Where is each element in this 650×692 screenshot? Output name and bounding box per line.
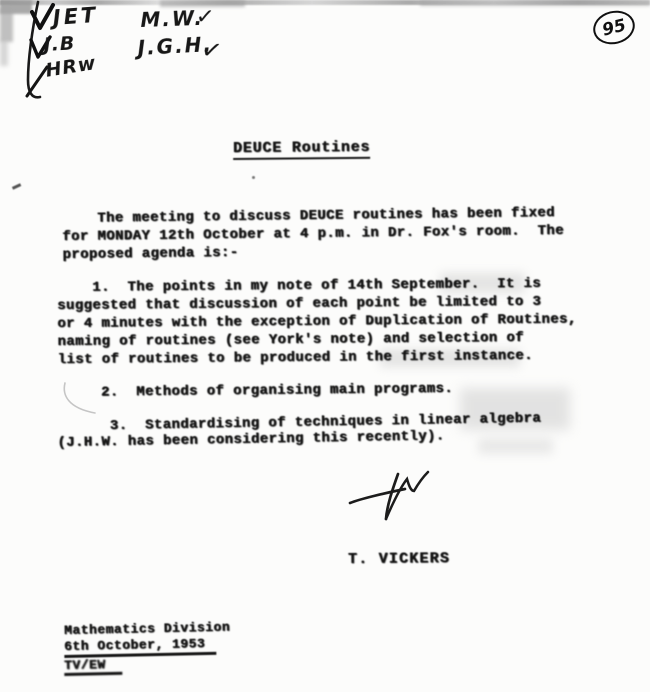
intro-paragraph: The meeting to discuss DEUCE routines ha…	[62, 204, 564, 264]
agenda-item-1: 1. The points in my note of 14th Septemb…	[57, 274, 577, 369]
handwritten-initials-jet: JET	[52, 3, 99, 30]
noise-patch	[0, 40, 8, 66]
noise-speck	[252, 176, 255, 179]
agenda-item-2: 2. Methods of organising main programs.	[57, 380, 453, 402]
noise-patch	[0, 8, 13, 42]
signatory-name: T. VICKERS	[348, 550, 450, 568]
noise-patch	[0, 0, 32, 14]
handwritten-initials-jb: J.B	[43, 32, 76, 56]
agenda-item-3: 3. Standardising of techniques in linear…	[57, 411, 542, 451]
page-number-badge: 95	[590, 6, 639, 48]
noise-patch	[420, 0, 650, 6]
page-number: 95	[600, 15, 628, 40]
handwritten-initials-hrw: HRw	[44, 52, 98, 82]
footer-reference: TV/EW	[64, 657, 122, 676]
checkmark-icon: ✓	[199, 34, 225, 66]
footer-date: 6th October, 1953	[64, 636, 216, 658]
checkmark-icon: ✓	[195, 4, 216, 31]
document-title: DEUCE Routines	[233, 139, 370, 160]
signature-icon	[345, 468, 440, 530]
noise-speck	[12, 183, 21, 189]
scanned-memo-page: JET J.B HRw M.W. ✓ J.G.H. ✓ 95 DEUCE Rou…	[0, 0, 650, 692]
